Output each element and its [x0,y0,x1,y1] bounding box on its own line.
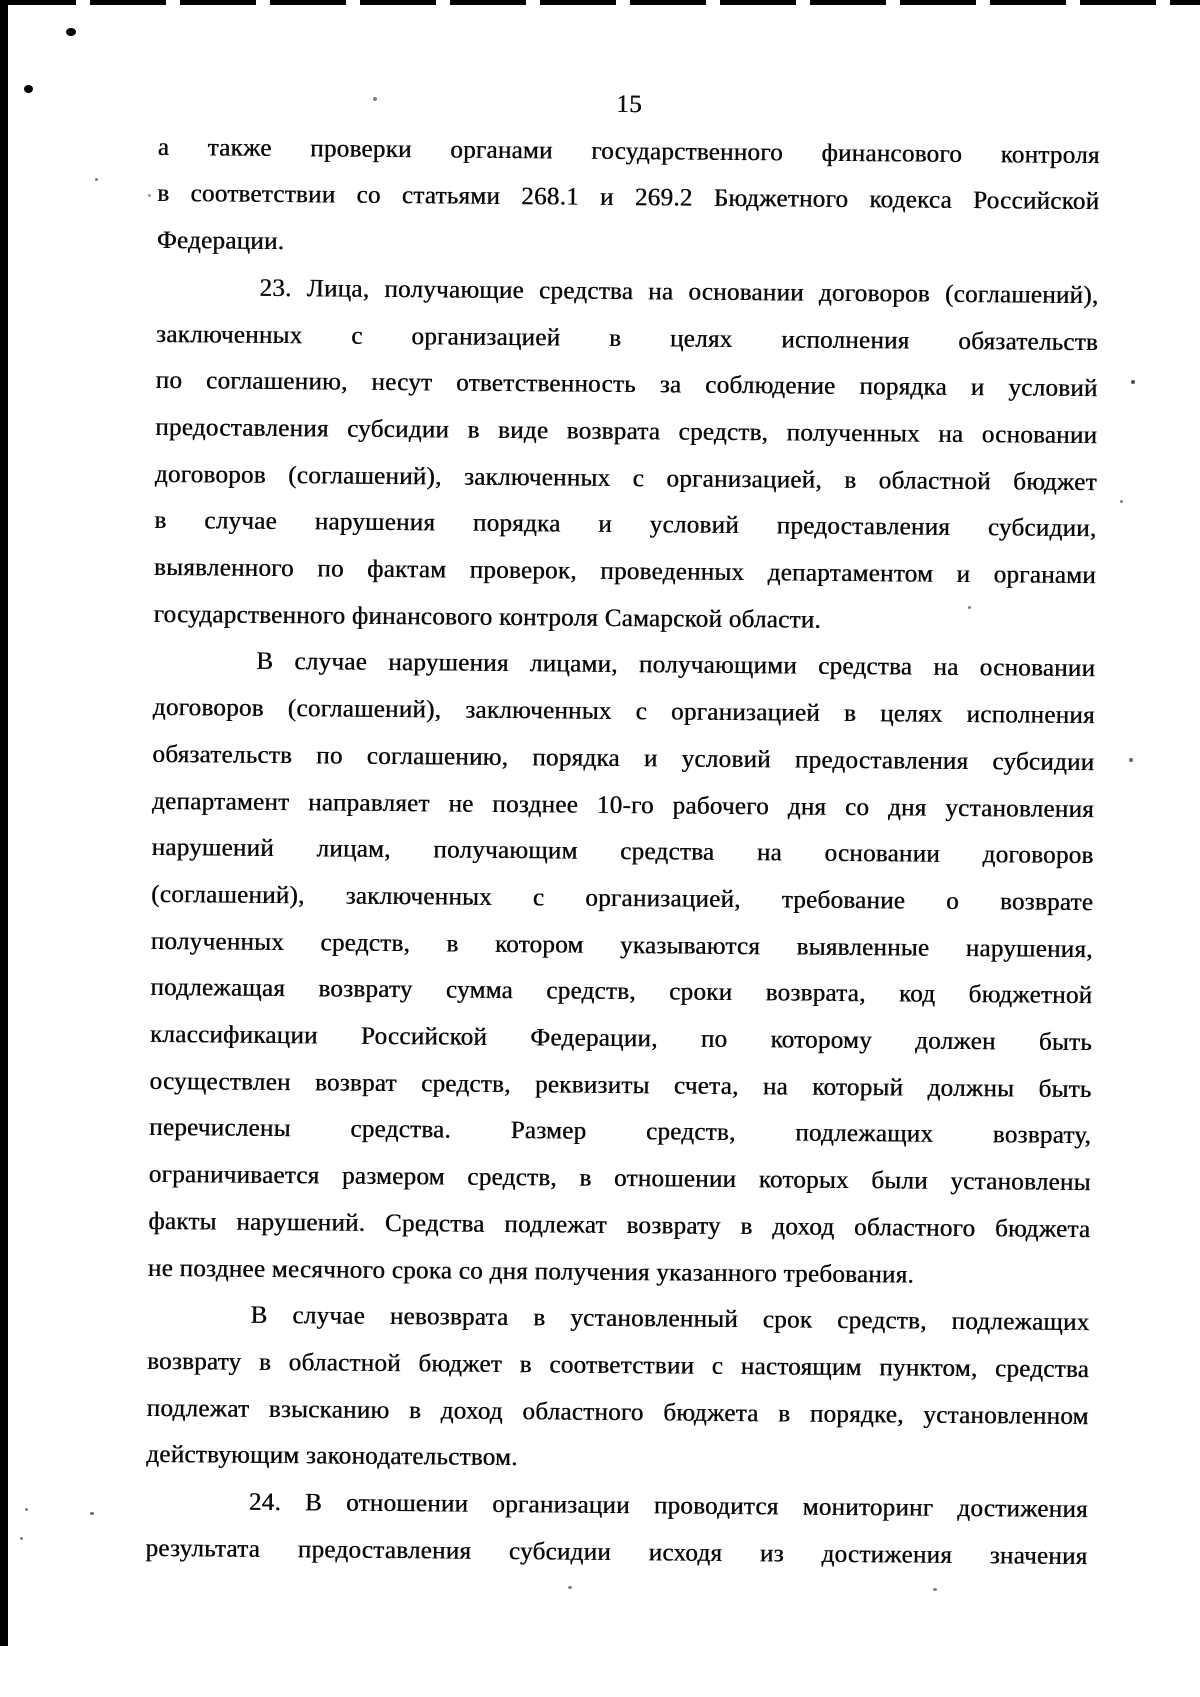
scan-speck [95,178,98,181]
text-line: осуществлен возврат средств, реквизиты с… [149,1059,1091,1114]
text-body: а также проверки органами государственно… [145,125,1100,1581]
scan-speck [20,1537,23,1540]
text-line: результата предоставления субсидии исход… [145,1526,1087,1581]
text-line: классификации Российской Федерации, по к… [150,1012,1092,1067]
scan-speck [1129,758,1133,762]
scan-speck [148,194,151,197]
scanned-document-page: 15 а также проверки органами государстве… [0,0,1200,1697]
text-line: не позднее месячного срока со дня получе… [148,1245,1090,1300]
text-line: полученных средств, в котором указываютс… [150,919,1092,974]
text-line: В случае нарушения лицами, получающими с… [153,638,1095,693]
scan-speck [568,1586,572,1589]
text-line: государственного финансового контроля Са… [153,592,1095,647]
text-line: Федерации. [157,218,1099,273]
scan-edge-top [0,0,1200,5]
text-line: действующим законодательством. [146,1432,1088,1487]
text-line: договоров (соглашений), заключенных с ор… [153,685,1095,740]
text-line: выявленного по фактам проверок, проведен… [154,545,1096,600]
text-line: подлежащая возврату сумма средств, сроки… [150,965,1092,1020]
scan-speck [66,28,76,36]
scan-speck [90,1512,94,1515]
scan-edge-left [0,0,8,1646]
text-line: в соответствии со статьями 268.1 и 269.2… [157,171,1099,226]
text-line: возврату в областной бюджет в соответств… [147,1339,1089,1394]
scan-speck [1120,500,1123,503]
text-block: 15 а также проверки органами государстве… [145,78,1100,1581]
scan-speck [25,1508,28,1511]
text-line: ограничивается размером средств, в отнош… [148,1152,1090,1207]
text-line: в случае нарушения порядка и условий пре… [154,498,1096,553]
text-line: 23. Лица, получающие средства на основан… [156,265,1098,320]
text-line: факты нарушений. Средства подлежат возвр… [148,1199,1090,1254]
scan-speck [933,1588,937,1591]
scan-speck [1131,380,1135,384]
text-line: 24. В отношении организации проводится м… [146,1479,1088,1534]
text-line: (соглашений), заключенных с организацией… [151,872,1093,927]
text-line: В случае невозврата в установленный срок… [147,1292,1089,1347]
text-line: подлежат взысканию в доход областного бю… [146,1386,1088,1441]
text-line: заключенных с организацией в целях испол… [156,311,1098,366]
text-line: нарушений лицам, получающим средства на … [151,825,1093,880]
text-line: предоставления субсидии в виде возврата … [155,405,1097,460]
text-line: департамент направляет не позднее 10-го … [152,778,1094,833]
scan-speck [968,606,971,609]
page-number: 15 [158,78,1100,133]
text-line: обязательств по соглашению, порядка и ус… [152,732,1094,787]
text-line: по соглашению, несут ответственность за … [155,358,1097,413]
text-line: договоров (соглашений), заключенных с ор… [155,452,1097,507]
text-line: перечислены средства. Размер средств, по… [149,1105,1091,1160]
scan-speck [373,97,377,101]
scan-speck [24,85,33,93]
text-line: а также проверки органами государственно… [157,125,1099,180]
